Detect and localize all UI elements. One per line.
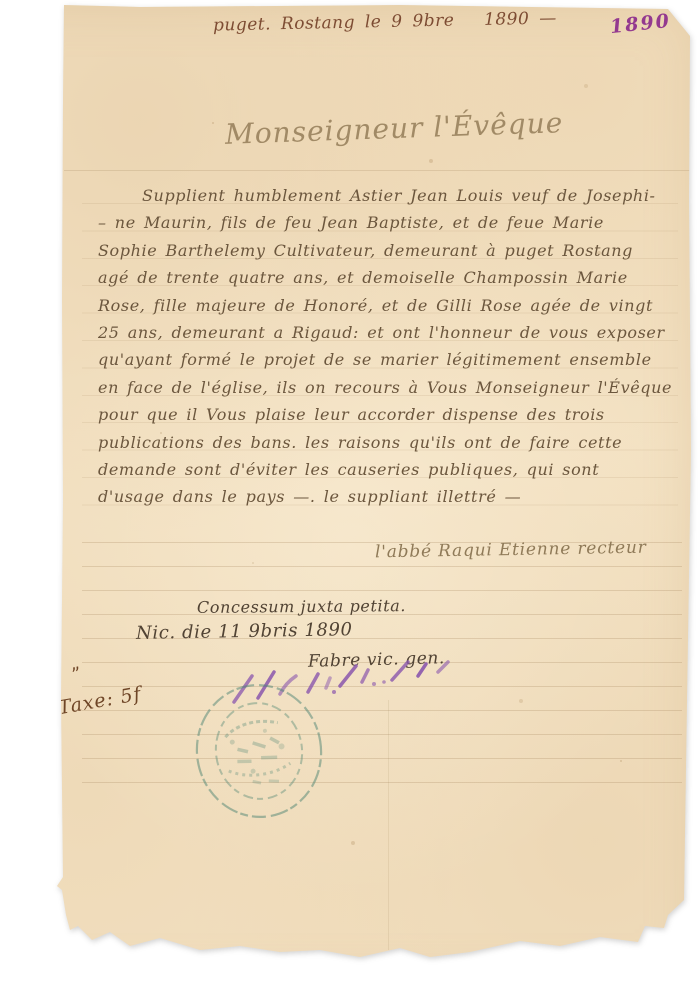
body-line: 25 ans, demeurant a Rigaud: et ont l'hon… [98,319,676,346]
grant-concessum: Concessum juxta petita. [197,596,406,617]
body-line: pour que il Vous plaise leur accorder di… [98,401,676,428]
oval-ink-stamp [180,670,339,832]
paper-sheet: puget. Rostang le 9 9bre 1890 — 1890 Mon… [0,0,700,990]
body-line: demande sont d'éviter les causeries publ… [98,456,676,483]
horizontal-crease [64,170,690,171]
body-line: – ne Maurin, fils de feu Jean Baptiste, … [98,209,676,236]
body-line: agé de trente quatre ans, et demoiselle … [98,264,676,291]
body-line: Supplient humblement Astier Jean Louis v… [98,182,676,209]
priest-signature: l'abbé Raqui Etienne recteur [375,538,647,563]
ditto-quote-mark: ” [70,663,83,685]
archival-year-annotation: 1890 [609,10,672,38]
body-line: publications des bans. les raisons qu'il… [98,429,676,456]
salutation: Monseigneur l'Évêque [225,106,564,151]
body-line: Sophie Barthelemy Cultivateur, demeurant… [98,237,676,264]
tax-note: Taxe: 5f [57,683,144,719]
grant-date: Nic. die 11 9bris 1890 [136,619,353,644]
scanned-letter: puget. Rostang le 9 9bre 1890 — 1890 Mon… [0,0,700,990]
body-line: en face de l'église, ils on recours à Vo… [98,374,676,401]
petition-body: Supplient humblement Astier Jean Louis v… [98,182,676,511]
body-line: Rose, fille majeure de Honoré, et de Gil… [98,292,676,319]
dateline: puget. Rostang le 9 9bre 1890 — [213,8,557,35]
body-line: d'usage dans le pays —. le suppliant ill… [98,483,676,510]
foxing-specks [0,0,2,2]
body-line: qu'ayant formé le projet de se marier lé… [98,346,676,373]
vertical-crease [388,700,389,950]
